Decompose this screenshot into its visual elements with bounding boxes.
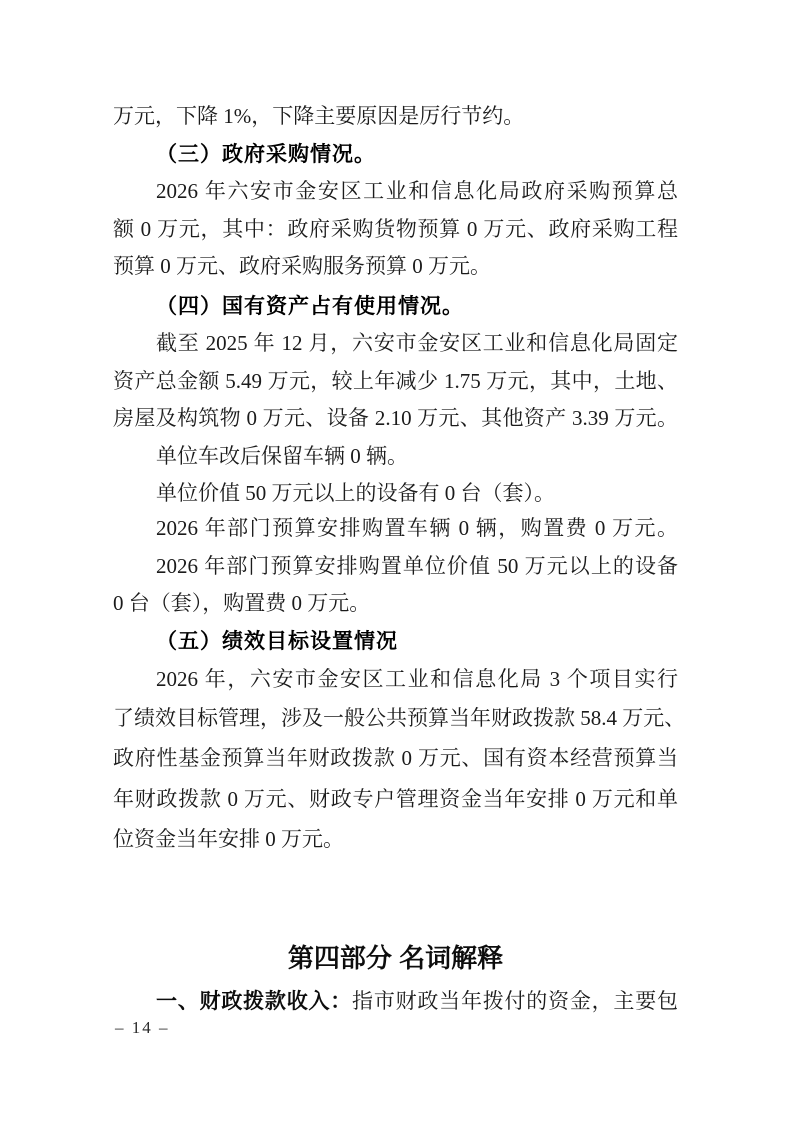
term-definition: 指市财政当年拨付的资金，主要包 bbox=[352, 989, 678, 1013]
document-body: 万元，下降 1%，下降主要原因是厉行节约。 （三）政府采购情况。 2026 年六… bbox=[113, 0, 678, 1122]
section-heading: （四）国有资产占有使用情况。 bbox=[113, 291, 678, 321]
body-line: 额 0 万元，其中：政府采购货物预算 0 万元、政府采购工程 bbox=[113, 214, 678, 244]
body-line: 2026 年部门预算安排购置车辆 0 辆，购置费 0 万元。 bbox=[113, 513, 678, 543]
section-heading: （五）绩效目标设置情况 bbox=[113, 626, 678, 656]
body-line: 年财政拨款 0 万元、财政专户管理资金当年安排 0 万元和单 bbox=[113, 784, 678, 814]
document-page: 万元，下降 1%，下降主要原因是厉行节约。 （三）政府采购情况。 2026 年六… bbox=[0, 0, 793, 1122]
body-line: 单位价值 50 万元以上的设备有 0 台（套）。 bbox=[113, 478, 678, 508]
body-line: 资产总金额 5.49 万元，较上年减少 1.75 万元，其中，土地、 bbox=[113, 366, 678, 396]
body-line: 万元，下降 1%，下降主要原因是厉行节约。 bbox=[113, 101, 678, 131]
body-line: 截至 2025 年 12 月，六安市金安区工业和信息化局固定 bbox=[113, 328, 678, 358]
part-heading: 第四部分 名词解释 bbox=[113, 941, 678, 975]
body-line: 了绩效目标管理，涉及一般公共预算当年财政拨款 58.4 万元、 bbox=[113, 703, 678, 733]
body-line: 政府性基金预算当年财政拨款 0 万元、国有资本经营预算当 bbox=[113, 743, 678, 773]
body-line: 位资金当年安排 0 万元。 bbox=[113, 824, 678, 854]
body-line: 预算 0 万元、政府采购服务预算 0 万元。 bbox=[113, 251, 678, 281]
term-label: 一、财政拨款收入： bbox=[156, 990, 352, 1013]
body-line: 房屋及构筑物 0 万元、设备 2.10 万元、其他资产 3.39 万元。 bbox=[113, 403, 678, 433]
body-line: 2026 年六安市金安区工业和信息化局政府采购预算总 bbox=[113, 176, 678, 206]
body-line: 0 台（套），购置费 0 万元。 bbox=[113, 588, 678, 618]
page-number: – 14 – bbox=[115, 1016, 170, 1040]
section-heading: （三）政府采购情况。 bbox=[113, 139, 678, 169]
body-line: 2026 年，六安市金安区工业和信息化局 3 个项目实行 bbox=[113, 664, 678, 694]
body-line: 2026 年部门预算安排购置单位价值 50 万元以上的设备 bbox=[113, 551, 678, 581]
body-line: 单位车改后保留车辆 0 辆。 bbox=[113, 441, 678, 471]
term-definition-line: 一、财政拨款收入：指市财政当年拨付的资金，主要包 bbox=[113, 986, 678, 1016]
